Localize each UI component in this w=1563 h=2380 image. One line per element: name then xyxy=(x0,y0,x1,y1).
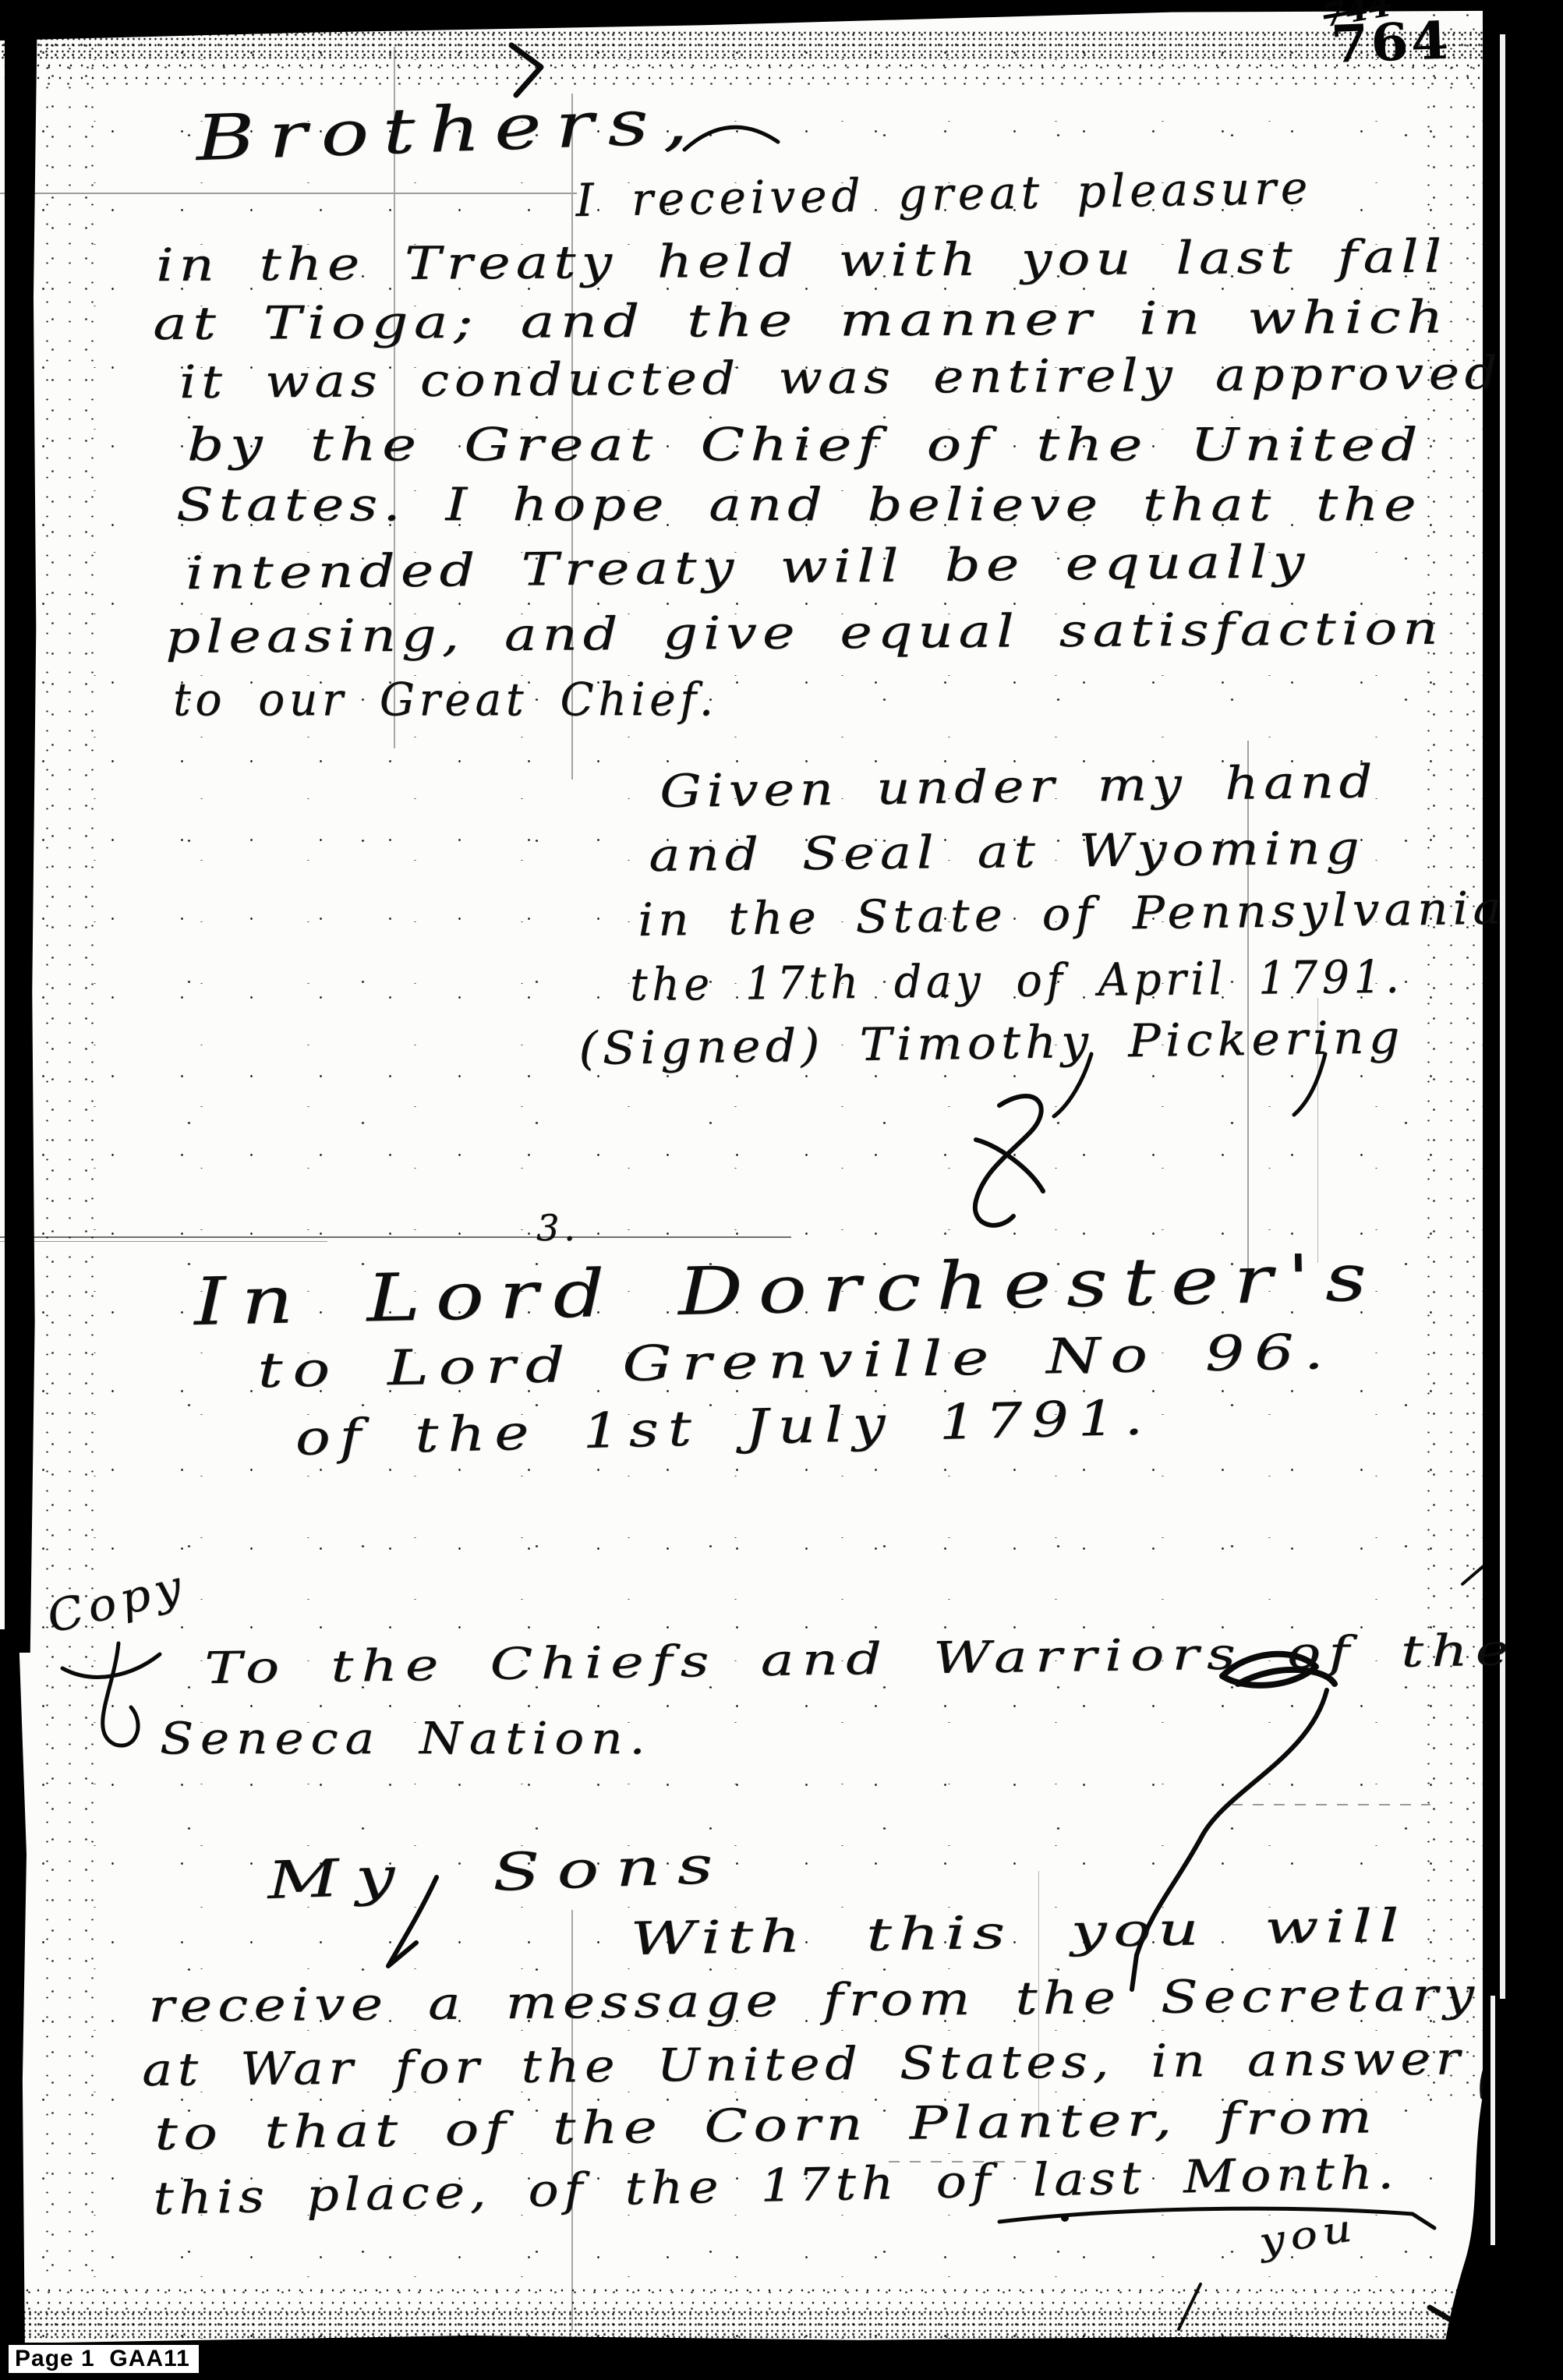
page-footer-label-box: Page 1 GAA11 xyxy=(6,2343,201,2375)
scan-noise-strip-top-medium xyxy=(0,59,1563,87)
attestation-line-4: the 17th day of April 1791. xyxy=(630,954,1404,1007)
pickering-body-line-1: I received great pleasure xyxy=(575,165,1313,223)
signature-line: (Signed) Timothy Pickering xyxy=(578,1014,1405,1071)
scanned-manuscript-page: 744 764 Brothers, I received great pleas… xyxy=(0,0,1563,2380)
folio-number: 764 xyxy=(1330,15,1452,70)
seneca-body-line-3: at War for the United States, in answer xyxy=(142,2035,1465,2092)
pickering-salutation: Brothers, xyxy=(195,90,702,170)
seneca-body-line-2: receive a message from the Secretary xyxy=(148,1972,1480,2028)
attestation-line-2: and Seal at Wyoming xyxy=(649,825,1365,878)
pickering-body-line-4: it was conducted was entirely approved xyxy=(179,350,1503,405)
scan-noise-strip-bottom-medium xyxy=(0,2284,1563,2311)
seneca-body-line-1: With this you will xyxy=(630,1903,1406,1961)
pickering-body-line-6: States. I hope and believe that the xyxy=(176,482,1422,527)
pickering-body-line-3: at Tioga; and the manner in which xyxy=(153,294,1449,346)
fold-crease-horizontal-2 xyxy=(0,1236,791,1238)
seneca-salutation: My Sons xyxy=(267,1839,730,1907)
seneca-address-line-2: Seneca Nation. xyxy=(160,1717,652,1761)
scan-border-bottom xyxy=(0,2336,1563,2380)
page-edge-highlight-lower xyxy=(1491,1996,1495,2245)
fold-crease-dashed-1 xyxy=(1232,1804,1430,1805)
pickering-body-line-9: to our Great Chief. xyxy=(173,677,718,722)
pickering-body-line-5: by the Great Chief of the United xyxy=(187,422,1423,467)
page-edge-highlight-upper xyxy=(1500,34,1505,1999)
page-footer-label: Page 1 GAA11 xyxy=(15,2346,190,2372)
attestation-line-3: in the State of Pennsylvania xyxy=(638,885,1506,942)
scan-noise-strip-bottom-dense xyxy=(0,2309,1563,2340)
attestation-line-1: Given under my hand xyxy=(660,759,1378,814)
scan-noise-strip-left xyxy=(36,0,106,2284)
pickering-body-line-2: in the Treaty held with you last fall xyxy=(156,233,1447,288)
docket-item-number: 3. xyxy=(536,1210,580,1246)
scan-border-left-upper xyxy=(5,0,37,1653)
pickering-body-line-7: intended Treaty will be equally xyxy=(186,539,1310,596)
pickering-body-line-8: pleasing, and give equal satisfaction xyxy=(165,606,1444,660)
